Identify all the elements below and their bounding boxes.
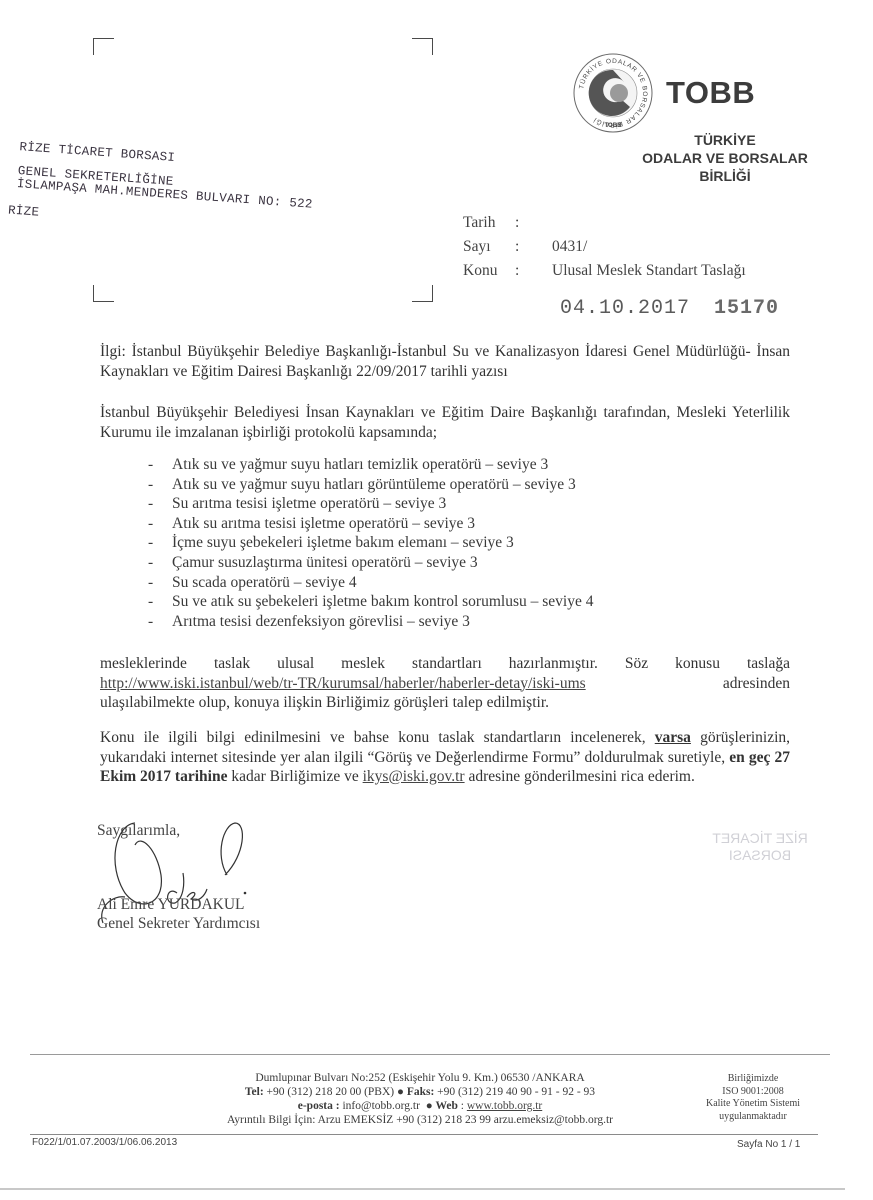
request-paragraph: Konu ile ilgili bilgi edinilmesini ve ba… — [100, 728, 790, 787]
list-dash: - — [148, 494, 172, 514]
list-dash: - — [148, 475, 172, 495]
occupation-item: -Atık su ve yağmur suyu hatları temizlik… — [148, 455, 593, 475]
recipient-name: RİZE TİCARET BORSASI — [19, 140, 176, 165]
separator: : — [513, 214, 552, 238]
email-link[interactable]: ikys@iski.gov.tr — [363, 768, 465, 785]
separator: : — [513, 262, 552, 286]
separator: : — [513, 238, 552, 262]
fax-label: Faks: — [407, 1086, 434, 1098]
list-dash: - — [148, 573, 172, 593]
stamp-line: BORSASI — [700, 847, 820, 864]
date-label: Tarih — [463, 214, 513, 238]
signer-block: Ali Emre YURDAKUL Genel Sekreter Yardımc… — [97, 895, 260, 933]
occupation-text: Çamur susuzlaştırma ünitesi operatörü – … — [172, 553, 478, 573]
request-text: adresine gönderilmesini rica ederim. — [468, 768, 694, 785]
meta-subject-row: Konu : Ulusal Meslek Standart Taslağı — [463, 262, 746, 286]
request-emphasis: varsa — [655, 729, 691, 746]
footer-website-link[interactable]: www.tobb.org.tr — [467, 1100, 542, 1112]
request-text: Konu ile ilgili bilgi edinilmesini ve ba… — [100, 729, 646, 746]
footer-phone-line: Tel: +90 (312) 218 20 00 (PBX) ● Faks: +… — [150, 1085, 690, 1099]
iso-line: ISO 9001:2008 — [700, 1086, 806, 1099]
draft-standard-link[interactable]: http://www.iski.istanbul/web/tr-TR/kurum… — [100, 674, 586, 694]
intro-paragraph: İstanbul Büyükşehir Belediyesi İnsan Kay… — [100, 403, 790, 442]
signer-name: Ali Emre YURDAKUL — [97, 895, 260, 914]
occupation-item: -Su arıtma tesisi işletme operatörü – se… — [148, 494, 593, 514]
bullet-icon: ● — [397, 1086, 404, 1098]
result-paragraph: mesleklerinde taslak ulusal meslek stand… — [100, 654, 790, 713]
subject-label: Konu — [463, 262, 513, 286]
list-dash: - — [148, 553, 172, 573]
letter-meta: Tarih : Sayı : 0431/ Konu : Ulusal Mesle… — [463, 214, 746, 286]
request-text: kadar Birliğimize ve — [231, 768, 358, 785]
iso-line: Kalite Yönetim Sistemi — [700, 1098, 806, 1111]
fax-value: +90 (312) 219 40 90 - 91 - 92 - 93 — [437, 1086, 595, 1098]
window-corner-mark — [93, 38, 114, 55]
svg-text:TOBB: TOBB — [605, 123, 623, 129]
signer-title: Genel Sekreter Yardımcısı — [97, 914, 260, 933]
web-label: Web — [436, 1100, 458, 1112]
footer-divider — [30, 1134, 818, 1135]
occupation-text: Atık su ve yağmur suyu hatları görüntüle… — [172, 475, 576, 495]
occupation-text: Atık su ve yağmur suyu hatları temizlik … — [172, 455, 548, 475]
occupation-item: -Su scada operatörü – seviye 4 — [148, 573, 593, 593]
window-corner-mark — [412, 285, 433, 302]
occupation-text: Su ve atık su şebekeleri işletme bakım k… — [172, 592, 593, 612]
iso-notice: Birliğimizde ISO 9001:2008 Kalite Yöneti… — [700, 1073, 806, 1123]
occupation-text: İçme suyu şebekeleri işletme bakım elema… — [172, 533, 514, 553]
org-line: ODALAR VE BORSALAR — [620, 149, 830, 167]
result-link-line: http://www.iski.istanbul/web/tr-TR/kurum… — [100, 674, 790, 694]
occupation-item: -Arıtma tesisi dezenfeksiyon görevlisi –… — [148, 612, 593, 632]
list-dash: - — [148, 592, 172, 612]
occupation-item: -Su ve atık su şebekeleri işletme bakım … — [148, 592, 593, 612]
subject-value: Ulusal Meslek Standart Taslağı — [552, 262, 746, 286]
form-code: F022/1/01.07.2003/1/06.06.2013 — [32, 1137, 177, 1148]
footer-email-line: e-posta : info@tobb.org.tr ● Web : www.t… — [150, 1099, 690, 1113]
result-link-suffix: adresinden — [723, 674, 790, 694]
org-line: TÜRKİYE — [620, 131, 830, 149]
occupation-text: Arıtma tesisi dezenfeksiyon görevlisi – … — [172, 612, 470, 632]
tel-value: +90 (312) 218 20 00 (PBX) — [267, 1086, 395, 1098]
reference-paragraph: İlgi: İstanbul Büyükşehir Belediye Başka… — [100, 342, 790, 381]
window-corner-mark — [412, 38, 433, 55]
page-number: Sayfa No 1 / 1 — [737, 1139, 800, 1150]
footer-email: info@tobb.org.tr — [342, 1100, 419, 1112]
list-dash: - — [148, 612, 172, 632]
occupation-list: -Atık su ve yağmur suyu hatları temizlik… — [148, 455, 593, 631]
email-label: e-posta : — [298, 1100, 340, 1112]
recipient-city: RİZE — [8, 203, 40, 219]
number-value: 0431/ — [552, 238, 587, 262]
date-stamp: 04.10.201715170 — [560, 297, 779, 320]
org-line: BİRLİĞİ — [620, 167, 830, 185]
bullet-icon: ● — [426, 1100, 433, 1112]
stamp-line: RİZE TİCARET — [700, 830, 820, 847]
recipient-address: RİZE TİCARET BORSASI GENEL SEKRETERLİĞİN… — [18, 140, 357, 164]
occupation-item: -Atık su arıtma tesisi işletme operatörü… — [148, 514, 593, 534]
tobb-logo-icon: TÜRKİYE ODALAR VE BORSALAR BİRLİĞİ TOBB — [572, 52, 654, 134]
footer-divider — [30, 1054, 830, 1055]
stamp-number: 15170 — [714, 297, 779, 320]
iso-line: uygulanmaktadır — [700, 1111, 806, 1124]
occupation-item: -İçme suyu şebekeleri işletme bakım elem… — [148, 533, 593, 553]
footer-address: Dumlupınar Bulvarı No:252 (Eskişehir Yol… — [150, 1071, 690, 1085]
organization-name: TÜRKİYE ODALAR VE BORSALAR BİRLİĞİ — [620, 131, 830, 185]
footer-contact-person: Ayrıntılı Bilgi İçin: Arzu EMEKSİZ +90 (… — [150, 1113, 690, 1127]
iso-line: Birliğimizde — [700, 1073, 806, 1086]
occupation-item: -Atık su ve yağmur suyu hatları görüntül… — [148, 475, 593, 495]
occupation-item: -Çamur susuzlaştırma ünitesi operatörü –… — [148, 553, 593, 573]
occupation-text: Su scada operatörü – seviye 4 — [172, 573, 357, 593]
result-line: mesleklerinde taslak ulusal meslek stand… — [100, 654, 790, 674]
list-dash: - — [148, 455, 172, 475]
meta-number-row: Sayı : 0431/ — [463, 238, 746, 262]
occupation-text: Atık su arıtma tesisi işletme operatörü … — [172, 514, 475, 534]
brand-name: TOBB — [666, 75, 755, 111]
scan-edge — [0, 1188, 845, 1190]
meta-date-row: Tarih : — [463, 214, 746, 238]
tel-label: Tel: — [245, 1086, 264, 1098]
list-dash: - — [148, 514, 172, 534]
result-line: ulaşılabilmekte olup, konuya ilişkin Bir… — [100, 693, 790, 713]
stamp-date: 04.10.2017 — [560, 297, 690, 320]
footer-contact: Dumlupınar Bulvarı No:252 (Eskişehir Yol… — [150, 1071, 690, 1127]
show-through-stamp: RİZE TİCARET BORSASI — [700, 830, 820, 864]
occupation-text: Su arıtma tesisi işletme operatörü – sev… — [172, 494, 446, 514]
list-dash: - — [148, 533, 172, 553]
number-label: Sayı — [463, 238, 513, 262]
window-corner-mark — [93, 285, 114, 302]
